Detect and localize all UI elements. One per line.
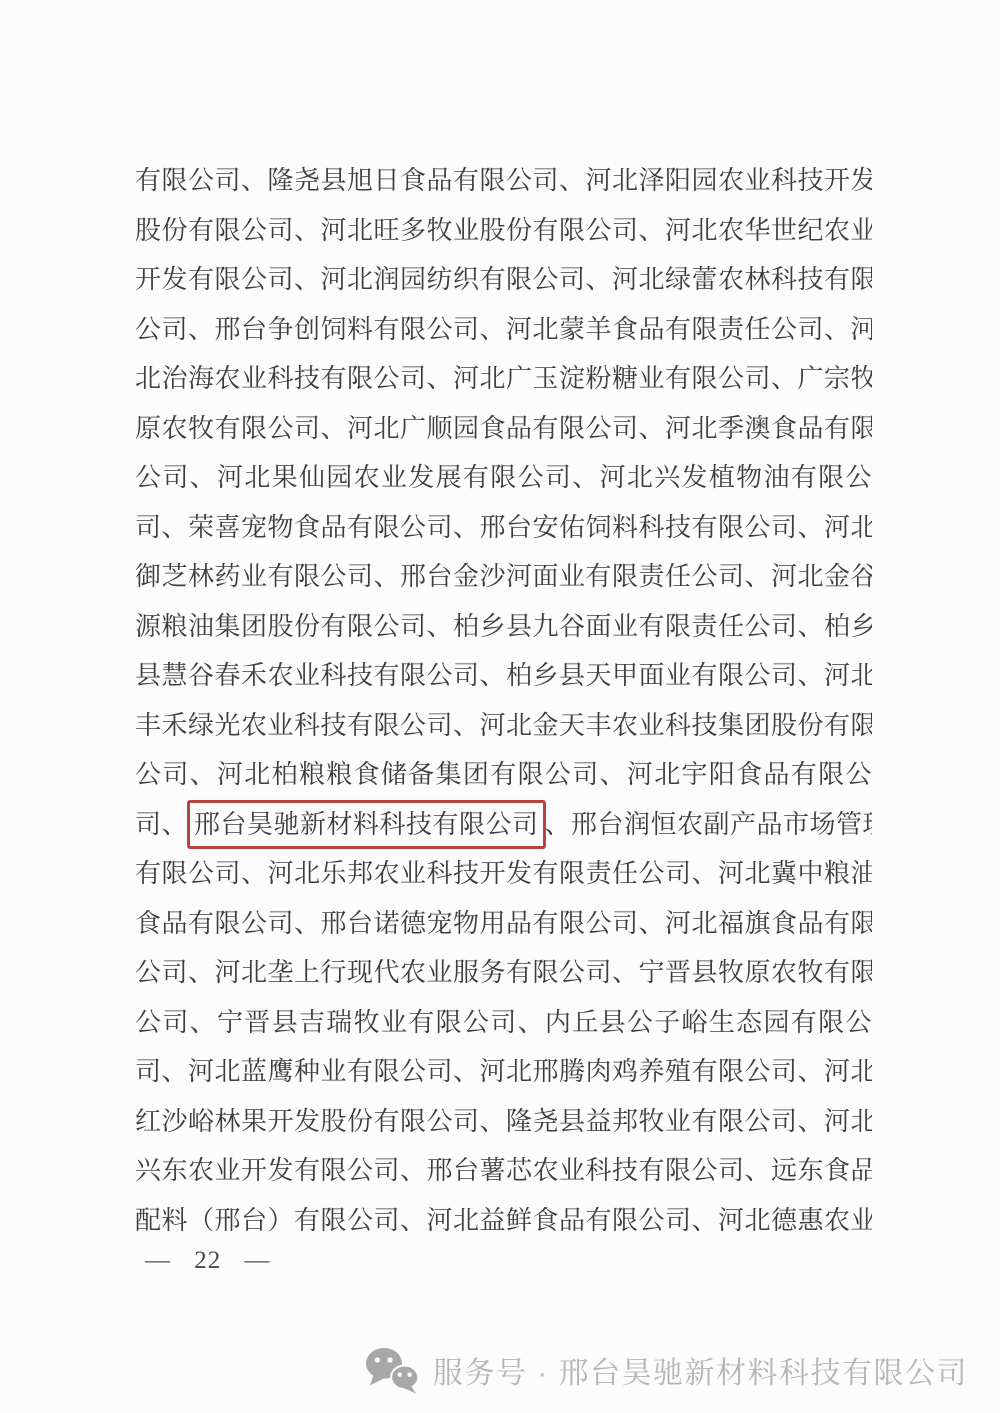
watermark: 服务号 · 邢台昊驰新材料科技有限公司 bbox=[364, 1342, 968, 1398]
document-line: 司、邢台昊驰新材料科技有限公司、邢台润恒农副产品市场管理 bbox=[135, 800, 872, 850]
document-line: 源粮油集团股份有限公司、柏乡县九谷面业有限责任公司、柏乡 bbox=[135, 602, 872, 652]
line-text: 有限公司、隆尧县旭日食品有限公司、河北泽阳园农业科技开发 bbox=[135, 166, 872, 195]
document-line: 股份有限公司、河北旺多牧业股份有限公司、河北农华世纪农业 bbox=[135, 206, 872, 256]
line-text: 源粮油集团股份有限公司、柏乡县九谷面业有限责任公司、柏乡 bbox=[135, 612, 872, 641]
document-line: 原农牧有限公司、河北广顺园食品有限公司、河北季澳食品有限 bbox=[135, 404, 872, 454]
document-body: 有限公司、隆尧县旭日食品有限公司、河北泽阳园农业科技开发股份有限公司、河北旺多牧… bbox=[135, 156, 872, 1245]
line-text: 股份有限公司、河北旺多牧业股份有限公司、河北农华世纪农业 bbox=[135, 216, 872, 245]
line-text: 有限公司、河北乐邦农业科技开发有限责任公司、河北冀中粮油 bbox=[135, 859, 872, 888]
line-text: 原农牧有限公司、河北广顺园食品有限公司、河北季澳食品有限 bbox=[135, 414, 872, 443]
line-text: 司、 bbox=[135, 810, 188, 839]
document-line: 兴东农业开发有限公司、邢台薯芯农业科技有限公司、远东食品 bbox=[135, 1146, 872, 1196]
line-text: 公司、邢台争创饲料有限公司、河北蒙羊食品有限责任公司、河 bbox=[135, 315, 872, 344]
document-line: 有限公司、隆尧县旭日食品有限公司、河北泽阳园农业科技开发 bbox=[135, 156, 872, 206]
line-text: 兴东农业开发有限公司、邢台薯芯农业科技有限公司、远东食品 bbox=[135, 1156, 872, 1185]
line-text: 开发有限公司、河北润园纺织有限公司、河北绿蕾农林科技有限 bbox=[135, 265, 872, 294]
document-line: 有限公司、河北乐邦农业科技开发有限责任公司、河北冀中粮油 bbox=[135, 849, 872, 899]
line-text: 公司、宁晋县吉瑞牧业有限公司、内丘县公子峪生态园有限公 bbox=[135, 1008, 872, 1037]
document-line: 公司、河北果仙园农业发展有限公司、河北兴发植物油有限公 bbox=[135, 453, 872, 503]
document-line: 公司、宁晋县吉瑞牧业有限公司、内丘县公子峪生态园有限公 bbox=[135, 998, 872, 1048]
document-line: 开发有限公司、河北润园纺织有限公司、河北绿蕾农林科技有限 bbox=[135, 255, 872, 305]
document-line: 公司、河北垄上行现代农业服务有限公司、宁晋县牧原农牧有限 bbox=[135, 948, 872, 998]
line-text: 公司、河北果仙园农业发展有限公司、河北兴发植物油有限公 bbox=[135, 463, 872, 492]
page-number: — 22 — bbox=[145, 1246, 271, 1276]
wechat-icon bbox=[364, 1346, 420, 1394]
document-line: 县慧谷春禾农业科技有限公司、柏乡县天甲面业有限公司、河北 bbox=[135, 651, 872, 701]
document-line: 配料（邢台）有限公司、河北益鲜食品有限公司、河北德惠农业 bbox=[135, 1196, 872, 1246]
document-line: 司、河北蓝鹰种业有限公司、河北邢腾肉鸡养殖有限公司、河北 bbox=[135, 1047, 872, 1097]
line-text: 公司、河北垄上行现代农业服务有限公司、宁晋县牧原农牧有限 bbox=[135, 958, 872, 987]
document-line: 公司、河北柏粮粮食储备集团有限公司、河北宇阳食品有限公 bbox=[135, 750, 872, 800]
line-text: 北治海农业科技有限公司、河北广玉淀粉糖业有限公司、广宗牧 bbox=[135, 364, 872, 393]
watermark-label: 服务号 · 邢台昊驰新材料科技有限公司 bbox=[433, 1348, 968, 1392]
document-line: 食品有限公司、邢台诺德宠物用品有限公司、河北福旗食品有限 bbox=[135, 899, 872, 949]
document-line: 北治海农业科技有限公司、河北广玉淀粉糖业有限公司、广宗牧 bbox=[135, 354, 872, 404]
line-text: 公司、河北柏粮粮食储备集团有限公司、河北宇阳食品有限公 bbox=[135, 760, 872, 789]
line-text: 配料（邢台）有限公司、河北益鲜食品有限公司、河北德惠农业 bbox=[135, 1206, 872, 1235]
line-text: 红沙峪林果开发股份有限公司、隆尧县益邦牧业有限公司、河北 bbox=[135, 1107, 872, 1136]
line-text: 丰禾绿光农业科技有限公司、河北金天丰农业科技集团股份有限 bbox=[135, 711, 872, 740]
document-line: 司、荣喜宠物食品有限公司、邢台安佑饲料科技有限公司、河北 bbox=[135, 503, 872, 553]
document-line: 公司、邢台争创饲料有限公司、河北蒙羊食品有限责任公司、河 bbox=[135, 305, 872, 355]
line-text: 、邢台润恒农副产品市场管理 bbox=[545, 810, 872, 839]
document-line: 红沙峪林果开发股份有限公司、隆尧县益邦牧业有限公司、河北 bbox=[135, 1097, 872, 1147]
scanned-document-page: { "page": { "background": "#fcfcfc", "te… bbox=[0, 0, 1000, 1413]
document-line: 御芝林药业有限公司、邢台金沙河面业有限责任公司、河北金谷 bbox=[135, 552, 872, 602]
line-text: 御芝林药业有限公司、邢台金沙河面业有限责任公司、河北金谷 bbox=[135, 562, 872, 591]
line-text: 司、河北蓝鹰种业有限公司、河北邢腾肉鸡养殖有限公司、河北 bbox=[135, 1057, 872, 1086]
document-line: 丰禾绿光农业科技有限公司、河北金天丰农业科技集团股份有限 bbox=[135, 701, 872, 751]
line-text: 司、荣喜宠物食品有限公司、邢台安佑饲料科技有限公司、河北 bbox=[135, 513, 872, 542]
line-text: 食品有限公司、邢台诺德宠物用品有限公司、河北福旗食品有限 bbox=[135, 909, 872, 938]
highlighted-company: 邢台昊驰新材料科技有限公司 bbox=[187, 800, 546, 849]
line-text: 县慧谷春禾农业科技有限公司、柏乡县天甲面业有限公司、河北 bbox=[135, 661, 872, 690]
